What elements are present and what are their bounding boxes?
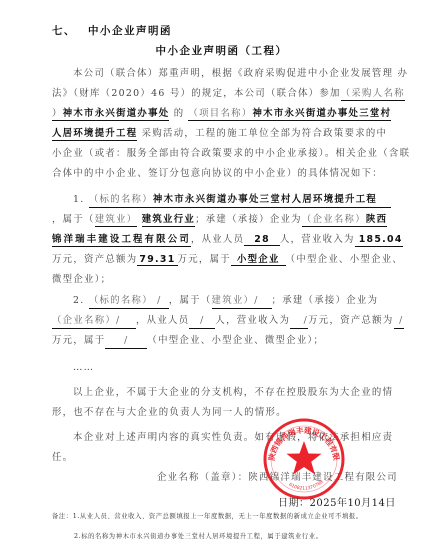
item1-industry-label: 建筑业） bbox=[95, 214, 138, 227]
item1-subject-field: （标的名称）神木市永兴街道办事处三堂村人居环境提升工程 bbox=[89, 194, 391, 208]
intro-line-5: 小企业（或者：服务全部由符合政策要求的中小企业承接）。相关企业（含联 bbox=[52, 148, 410, 160]
intro-line-1: 本公司（联合体）郑重声明，根据《政府采购促进中小企业发展管理 办 bbox=[73, 68, 408, 80]
item1-company-part1: 陕西 bbox=[366, 214, 387, 227]
company-seal-icon: 陕西锦洋瑞丰建设工程有限公司 6108211370788 bbox=[262, 417, 346, 501]
item1-size: 小型企业 bbox=[231, 254, 286, 266]
item1-revenue: 185.04 bbox=[355, 234, 403, 247]
item1-industry: 建筑业行业 bbox=[142, 214, 195, 227]
purchaser-label: （采购人名称 bbox=[341, 88, 405, 101]
note-2: 2.标的名称为神木市永兴街道办事处三堂村人居环境提升工程，属于建筑业行业。 bbox=[74, 531, 323, 540]
purchaser-name: 神木市永兴街道办事处 bbox=[63, 108, 170, 121]
item1-subject-name: 神木市永兴街道办事处三堂村人居环境提升工程 bbox=[153, 194, 377, 205]
item2-subject-field: （标的名称） / bbox=[89, 295, 169, 309]
statement-line-2: 形，也不存在与大企业的负责人为同一人的情形。 bbox=[52, 407, 287, 419]
item2-size: / bbox=[105, 335, 147, 349]
purchaser-open-paren: ） bbox=[52, 108, 63, 121]
item1-line-2: ，属于（建筑业） 建筑业行业；承建（承接）企业为（企业名称）陕西 bbox=[52, 214, 387, 226]
item1-line-5: 微型企业）； bbox=[52, 274, 111, 286]
ellipsis: …… bbox=[73, 362, 94, 374]
item1-company-part2: 锦洋瑞丰建设工程有限公司 bbox=[52, 234, 191, 247]
project-name-part1: 神木市永兴街道办事处三堂村 bbox=[252, 108, 391, 121]
item2-revenue: / bbox=[290, 315, 308, 329]
item2-employees: / bbox=[189, 315, 215, 329]
intro-text: 采购活动，工程的施工单位全部为符合政策要求的中 bbox=[137, 128, 387, 139]
connector-de: 的 bbox=[169, 108, 184, 119]
item1-assets: 79.31 bbox=[137, 254, 177, 266]
item1-employees: 28 bbox=[244, 234, 280, 246]
item1-line-3: 锦洋瑞丰建设工程有限公司，从业人员28人，营业收入为185.04 bbox=[52, 234, 403, 246]
signature-date: 日期：2025年10月14日 bbox=[278, 494, 396, 509]
intro-line-4: 人居环境提升工程 采购活动，工程的施工单位全部为符合政策要求的中 bbox=[52, 128, 387, 140]
note-1: 备注：1.从业人员、营业收入、资产总额填报上一年度数据，无上一年度数据的新成立企… bbox=[52, 511, 363, 520]
item2-line-1: 2. （标的名称） /，属于（建筑业）/；承建（承接）企业为 bbox=[73, 295, 378, 309]
item1-line-1: 1. （标的名称）神木市永兴街道办事处三堂村人居环境提升工程 bbox=[73, 194, 391, 208]
responsibility-line-2: 任。 bbox=[52, 452, 73, 464]
item2-industry-field: 建筑业）/ bbox=[212, 295, 272, 309]
section-number: 七、 bbox=[52, 25, 76, 37]
item1-company-label: （企业名称） bbox=[302, 214, 366, 227]
item2-company-field: （企业名称）/ bbox=[52, 315, 136, 329]
item1-number: 1. bbox=[73, 194, 85, 205]
item2-assets: / bbox=[394, 315, 404, 329]
intro-line-6: 合体中的中小企业、签订分包意向协议的中小企业）的具体情况如下： bbox=[52, 168, 383, 180]
svg-text:6108211370788: 6108211370788 bbox=[288, 479, 325, 492]
project-label: （项目名称） bbox=[188, 108, 252, 121]
item2-line-3: 万元，属于/（中型企业、小型企业、微型企业）； bbox=[52, 335, 324, 349]
intro-text: 法》（财库（2020）46 号）的规定，本公司（联合体）参加 bbox=[52, 88, 341, 99]
section-heading: 七、中小企业声明函 bbox=[52, 23, 172, 38]
statement-line-1: 以上企业，不属于大企业的分支机构，不存在控股股东为大企业的情 bbox=[73, 387, 393, 399]
intro-line-2: 法》（财库（2020）46 号）的规定，本公司（联合体）参加（采购人名称 bbox=[52, 88, 405, 100]
item1-line-4: 万元，资产总额为79.31万元，属于小型企业（中型企业、小型企业、 bbox=[52, 254, 403, 266]
section-title: 中小企业声明函 bbox=[88, 25, 172, 37]
document-title: 中小企业声明函（工程） bbox=[0, 43, 443, 58]
intro-line-3: ）神木市永兴街道办事处 的（项目名称）神木市永兴街道办事处三堂村 bbox=[52, 108, 391, 120]
item2-line-2: （企业名称）/，从业人员/人，营业收入为/万元，资产总额为/ bbox=[52, 315, 404, 329]
project-name-part2: 人居环境提升工程 bbox=[52, 128, 137, 141]
